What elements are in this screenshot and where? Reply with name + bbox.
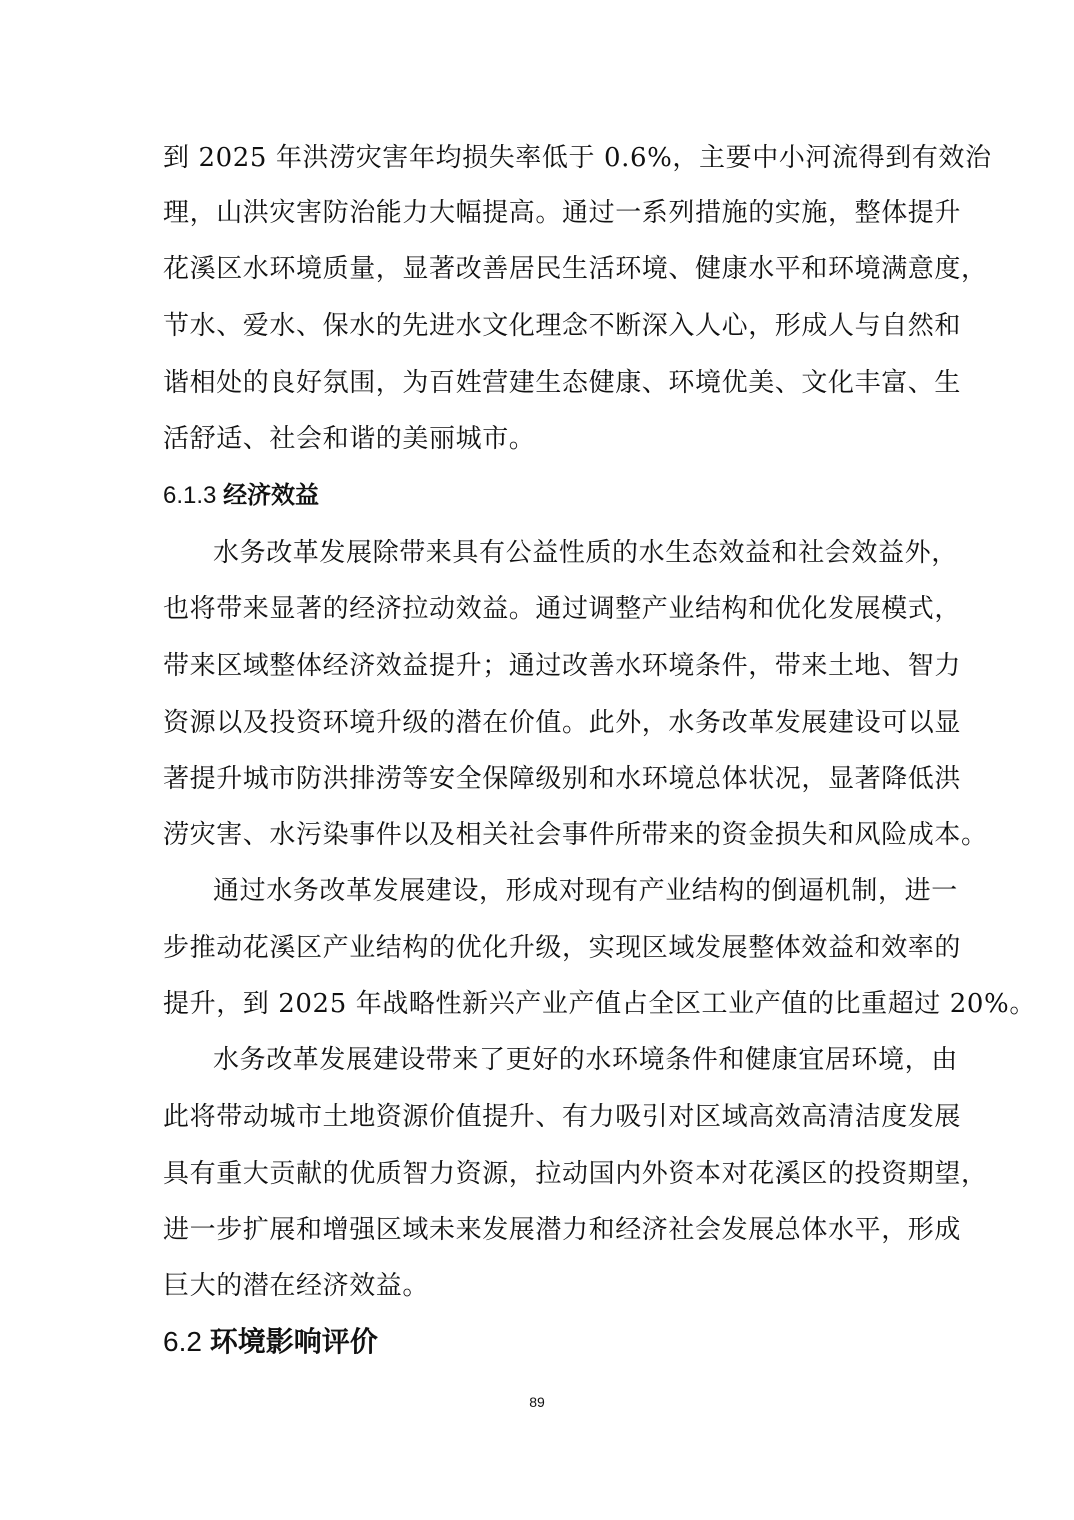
paragraph-line: 资源以及投资环境升级的潜在价值。此外，水务改革发展建设可以显 xyxy=(163,703,915,743)
section-title: 经济效益 xyxy=(223,482,319,509)
paragraph-line: 水务改革发展除带来具有公益性质的水生态效益和社会效益外， xyxy=(213,533,915,573)
paragraph-line: 节水、爱水、保水的先进水文化理念不断深入人心，形成人与自然和 xyxy=(163,306,915,346)
paragraph-line: 理，山洪灾害防治能力大幅提高。通过一系列措施的实施，整体提升 xyxy=(163,193,915,233)
paragraph-line: 此将带动城市土地资源价值提升、有力吸引对区域高效高清洁度发展 xyxy=(163,1097,915,1137)
section-heading-6-2: 6.2 环境影响评价 xyxy=(163,1322,378,1362)
section-number: 6.1.3 xyxy=(163,482,216,509)
paragraph-line: 水务改革发展建设带来了更好的水环境条件和健康宜居环境，由 xyxy=(213,1040,915,1080)
paragraph-line: 巨大的潜在经济效益。 xyxy=(163,1266,915,1306)
paragraph-line: 著提升城市防洪排涝等安全保障级别和水环境总体状况，显著降低洪 xyxy=(163,759,915,799)
paragraph-line: 花溪区水环境质量，显著改善居民生活环境、健康水平和环境满意度， xyxy=(163,249,915,289)
section-heading-6-1-3: 6.1.3 经济效益 xyxy=(163,478,319,514)
section-number: 6.2 xyxy=(163,1326,202,1357)
paragraph-line: 步推动花溪区产业结构的优化升级，实现区域发展整体效益和效率的 xyxy=(163,928,915,968)
paragraph-line: 通过水务改革发展建设，形成对现有产业结构的倒逼机制，进一 xyxy=(213,871,915,911)
paragraph-line: 提升，到 2025 年战略性新兴产业产值占全区工业产值的比重超过 20%。 xyxy=(163,984,915,1024)
paragraph-line: 也将带来显著的经济拉动效益。通过调整产业结构和优化发展模式， xyxy=(163,589,915,629)
section-title: 环境影响评价 xyxy=(210,1326,378,1357)
paragraph-line: 谐相处的良好氛围，为百姓营建生态健康、环境优美、文化丰富、生 xyxy=(163,363,915,403)
document-page: 到 2025 年洪涝灾害年均损失率低于 0.6%，主要中小河流得到有效治 理，山… xyxy=(0,0,1074,1520)
paragraph-line: 具有重大贡献的优质智力资源，拉动国内外资本对花溪区的投资期望， xyxy=(163,1154,915,1194)
paragraph-line: 带来区域整体经济效益提升；通过改善水环境条件，带来土地、智力 xyxy=(163,646,915,686)
paragraph-line: 涝灾害、水污染事件以及相关社会事件所带来的资金损失和风险成本。 xyxy=(163,815,915,855)
page-number: 89 xyxy=(0,1392,1074,1412)
paragraph-line: 进一步扩展和增强区域未来发展潜力和经济社会发展总体水平，形成 xyxy=(163,1210,915,1250)
paragraph-line: 到 2025 年洪涝灾害年均损失率低于 0.6%，主要中小河流得到有效治 xyxy=(163,138,915,178)
paragraph-line: 活舒适、社会和谐的美丽城市。 xyxy=(163,419,915,459)
